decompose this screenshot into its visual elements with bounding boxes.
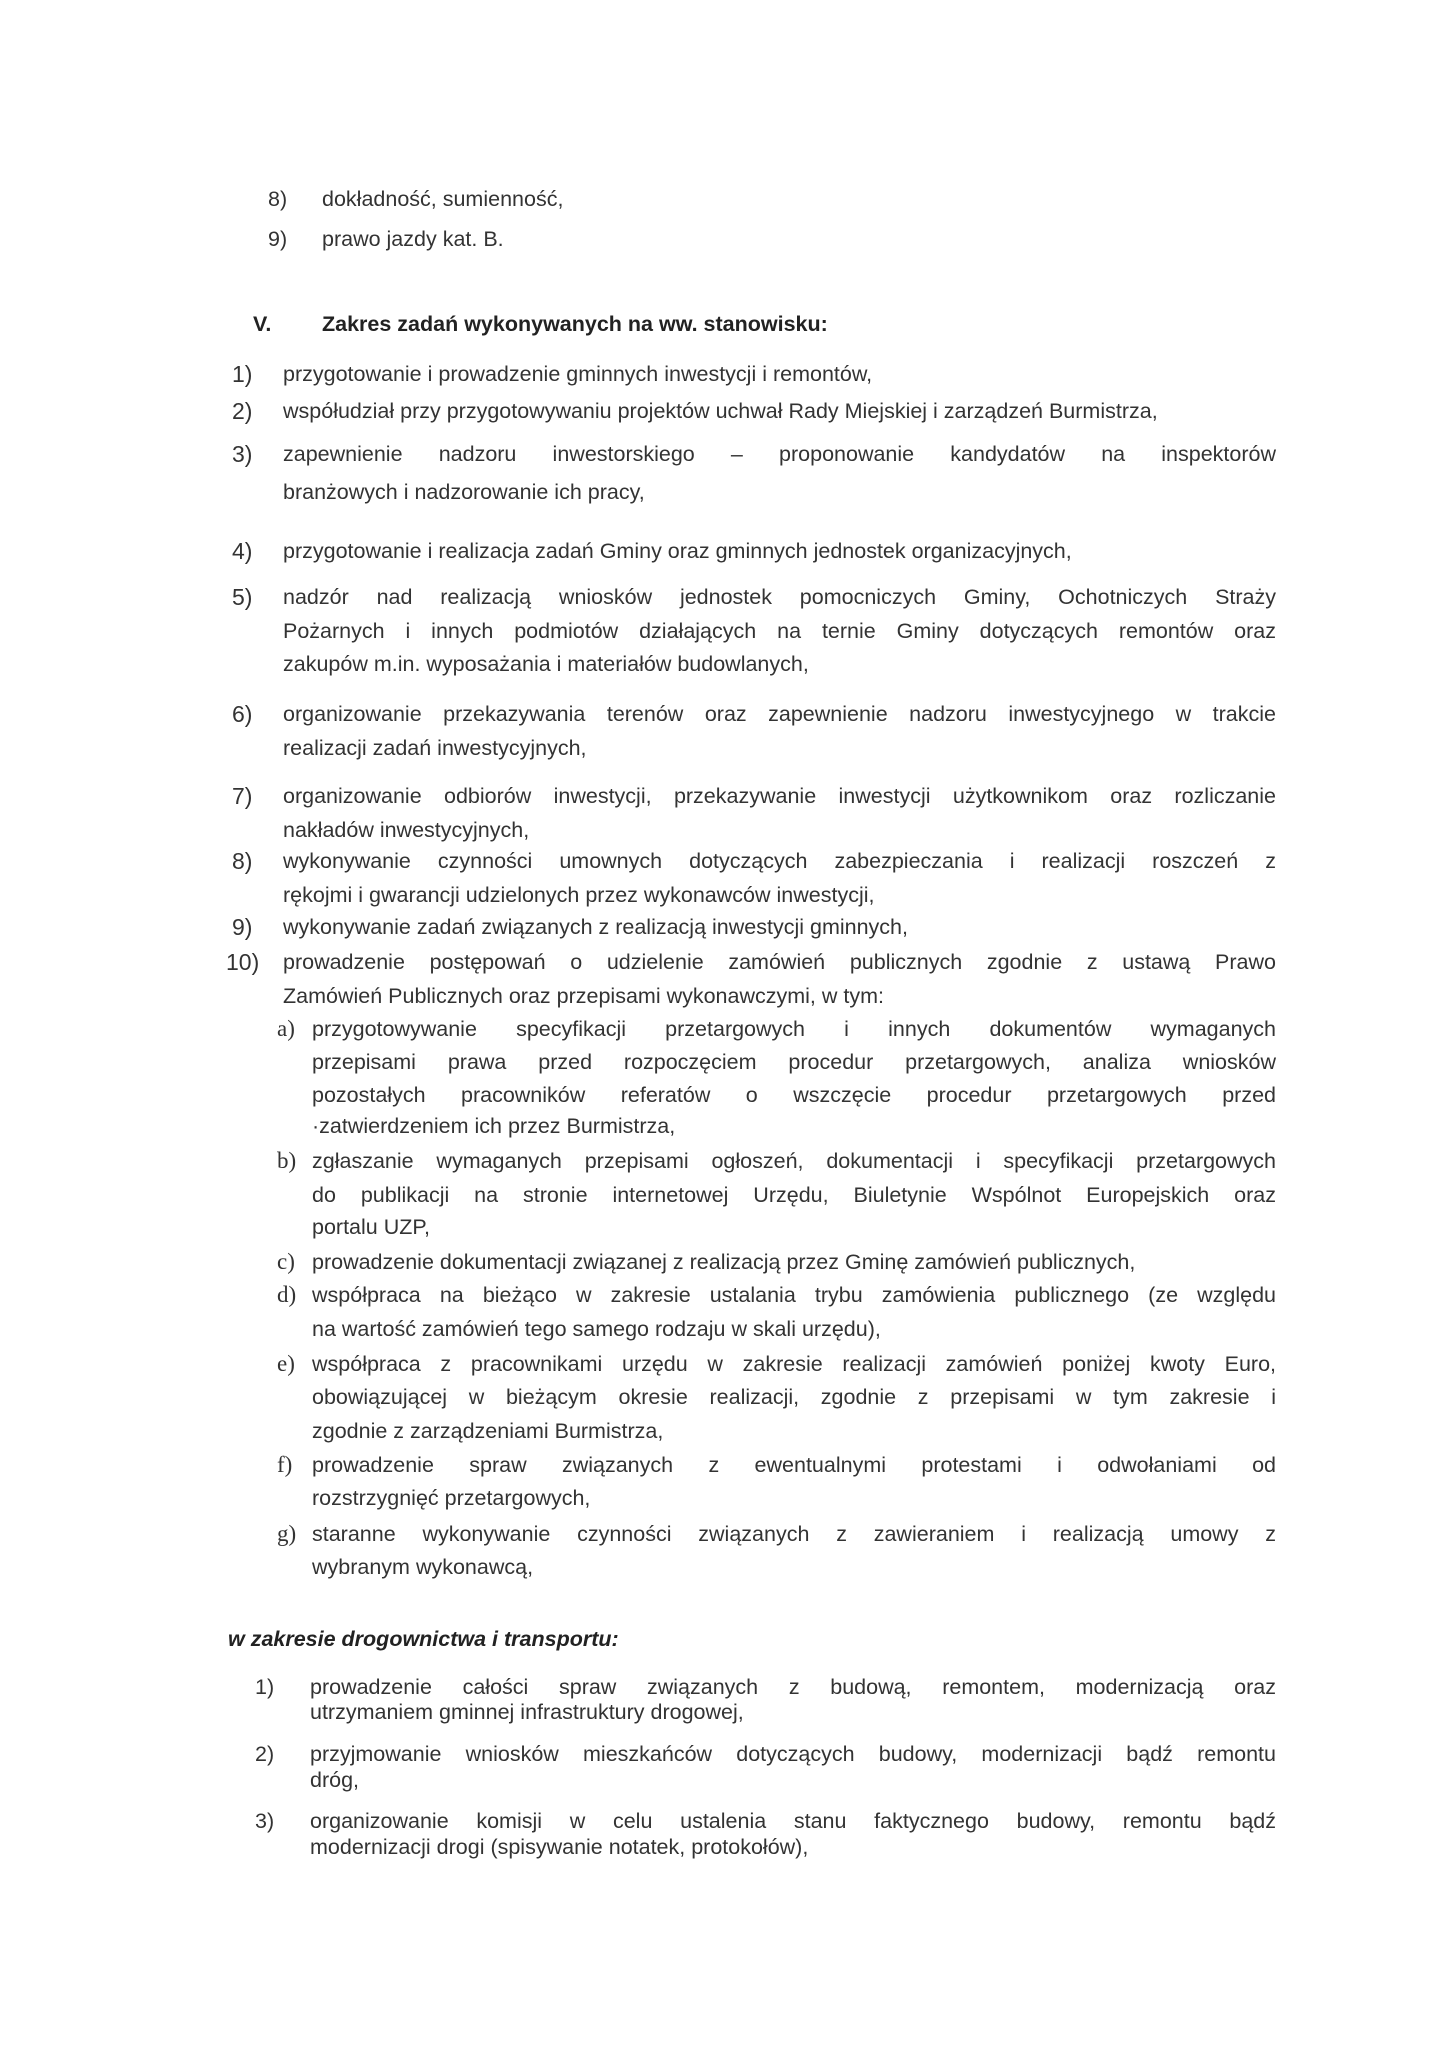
subtask-text-line: staranne wykonywanie czynności związanyc… — [312, 1521, 1276, 1547]
subtask-text-line: przygotowywanie specyfikacji przetargowy… — [312, 1016, 1276, 1042]
subtask-text-line: ·zatwierdzeniem ich przez Burmistrza, — [312, 1113, 675, 1139]
task-number: 7) — [232, 783, 252, 809]
task-number: 8) — [232, 848, 252, 874]
section-number: V. — [253, 311, 271, 337]
road-task-number: 2) — [255, 1741, 274, 1767]
subtask-text-line: współpraca na bieżąco w zakresie ustalan… — [312, 1282, 1276, 1308]
subtask-text-line: rozstrzygnięć przetargowych, — [312, 1485, 590, 1511]
subtask-text-line: wybranym wykonawcą, — [312, 1554, 533, 1580]
task-text-line: wykonywanie czynności umownych dotyczący… — [283, 848, 1276, 874]
task-text-line: realizacji zadań inwestycyjnych, — [283, 735, 587, 761]
subtask-text-line: zgłaszanie wymaganych przepisami ogłosze… — [312, 1148, 1276, 1174]
section-subheading: w zakresie drogownictwa i transportu: — [228, 1626, 619, 1652]
subtask-letter: d) — [277, 1282, 296, 1308]
task-number: 1) — [232, 361, 252, 387]
list-number: 8) — [268, 186, 287, 212]
task-number: 9) — [232, 914, 252, 940]
task-text-line: branżowych i nadzorowanie ich pracy, — [283, 479, 645, 505]
list-item-text: prawo jazdy kat. B. — [322, 226, 504, 252]
task-text-line: przygotowanie i prowadzenie gminnych inw… — [283, 361, 872, 387]
list-number: 9) — [268, 226, 287, 252]
task-text-line: zapewnienie nadzoru inwestorskiego – pro… — [283, 441, 1276, 467]
subtask-letter: e) — [277, 1351, 295, 1377]
subtask-text-line: współpraca z pracownikami urzędu w zakre… — [312, 1351, 1276, 1377]
task-number: 6) — [232, 701, 252, 727]
subtask-text-line: pozostałych pracowników referatów o wszc… — [312, 1082, 1276, 1108]
road-task-text-line: prowadzenie całości spraw związanych z b… — [310, 1674, 1276, 1700]
road-task-number: 3) — [255, 1808, 274, 1834]
road-task-text-line: przyjmowanie wniosków mieszkańców dotycz… — [310, 1741, 1276, 1767]
task-text-line: organizowanie przekazywania terenów oraz… — [283, 701, 1276, 727]
task-text-line: współudział przy przygotowywaniu projekt… — [283, 398, 1158, 424]
subtask-text-line: portalu UZP, — [312, 1214, 430, 1240]
road-task-text-line: organizowanie komisji w celu ustalenia s… — [310, 1808, 1276, 1834]
subtask-letter: a) — [277, 1016, 295, 1042]
task-number: 10) — [226, 949, 259, 975]
task-text-line: Zamówień Publicznych oraz przepisami wyk… — [283, 983, 884, 1009]
task-text-line: Pożarnych i innych podmiotów działającyc… — [283, 618, 1276, 644]
subtask-text-line: do publikacji na stronie internetowej Ur… — [312, 1182, 1276, 1208]
subtask-letter: c) — [277, 1249, 295, 1275]
road-task-text-line: utrzymaniem gminnej infrastruktury drogo… — [310, 1699, 744, 1725]
subtask-text-line: na wartość zamówień tego samego rodzaju … — [312, 1316, 881, 1342]
task-number: 2) — [232, 398, 252, 424]
subtask-text-line: prowadzenie dokumentacji związanej z rea… — [312, 1249, 1135, 1275]
subtask-text-line: przepisami prawa przed rozpoczęciem proc… — [312, 1049, 1276, 1075]
task-text-line: rękojmi i gwarancji udzielonych przez wy… — [283, 882, 874, 908]
task-number: 5) — [232, 584, 252, 610]
task-text-line: prowadzenie postępowań o udzielenie zamó… — [283, 949, 1276, 975]
subtask-letter: f) — [277, 1452, 292, 1478]
task-text-line: organizowanie odbiorów inwestycji, przek… — [283, 783, 1276, 809]
road-task-text-line: dróg, — [310, 1767, 359, 1793]
task-text-line: zakupów m.in. wyposażania i materiałów b… — [283, 651, 809, 677]
subtask-text-line: zgodnie z zarządzeniami Burmistrza, — [312, 1418, 663, 1444]
subtask-letter: g) — [277, 1521, 296, 1547]
task-number: 3) — [232, 441, 252, 467]
task-text-line: przygotowanie i realizacja zadań Gminy o… — [283, 538, 1072, 564]
task-number: 4) — [232, 538, 252, 564]
subtask-text-line: obowiązującej w bieżącym okresie realiza… — [312, 1384, 1276, 1410]
section-title: Zakres zadań wykonywanych na ww. stanowi… — [322, 311, 828, 337]
subtask-letter: b) — [277, 1148, 296, 1174]
subtask-text-line: prowadzenie spraw związanych z ewentualn… — [312, 1452, 1276, 1478]
task-text-line: nakładów inwestycyjnych, — [283, 817, 529, 843]
road-task-text-line: modernizacji drogi (spisywanie notatek, … — [310, 1834, 808, 1860]
list-item-text: dokładność, sumienność, — [322, 186, 563, 212]
task-text-line: wykonywanie zadań związanych z realizacj… — [283, 914, 908, 940]
road-task-number: 1) — [255, 1674, 274, 1700]
task-text-line: nadzór nad realizacją wniosków jednostek… — [283, 584, 1276, 610]
